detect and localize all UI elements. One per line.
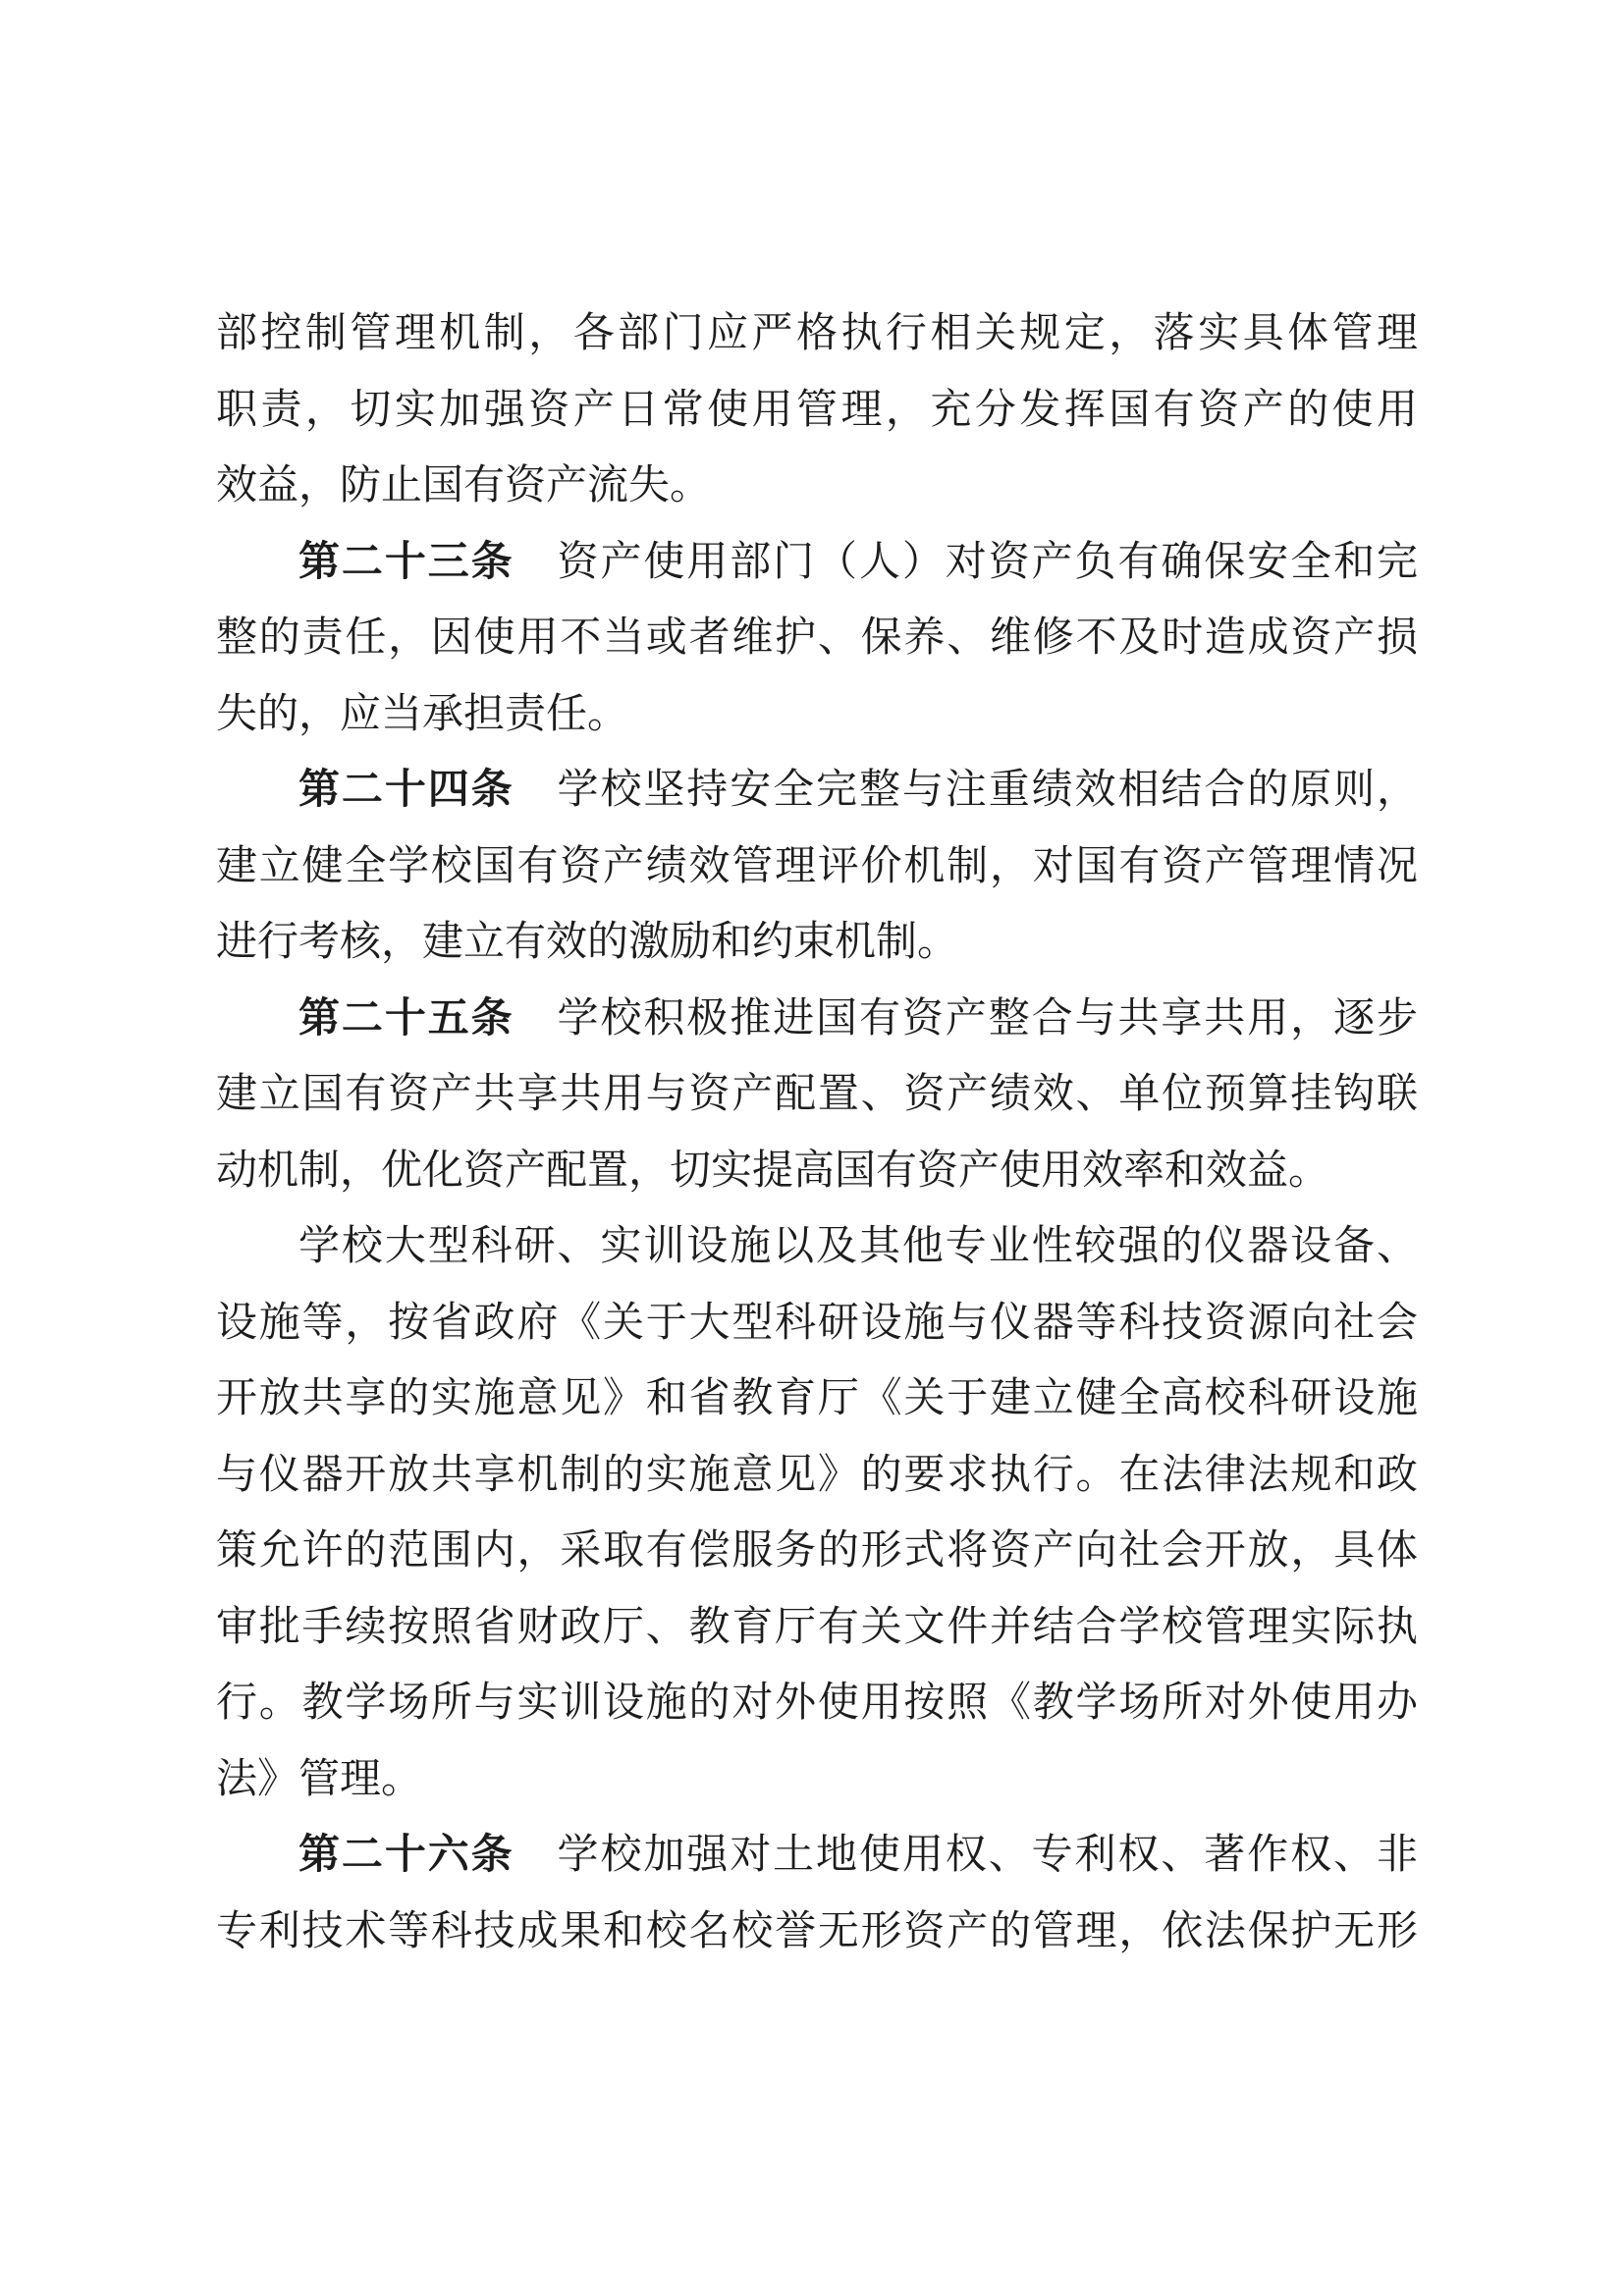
- text-line: 第二十五条 学校积极推进国有资产整合与共享共用，逐步: [216, 982, 1418, 1058]
- text-segment: 进行考核，建立有效的激励和约束机制。: [216, 920, 958, 965]
- text-line: 法》管理。: [216, 1742, 1418, 1819]
- article-number: 第二十五条: [298, 996, 514, 1041]
- text-line: 学校大型科研、实训设施以及其他专业性较强的仪器设备、: [216, 1209, 1418, 1286]
- text-line: 效益，防止国有资产流失。: [216, 449, 1418, 525]
- document-body: 部控制管理机制，各部门应严格执行相关规定，落实具体管理职责，切实加强资产日常使用…: [216, 296, 1418, 1970]
- article-number: 第二十四条: [298, 768, 514, 813]
- text-line: 第二十四条 学校坚持安全完整与注重绩效相结合的原则，: [216, 753, 1418, 829]
- text-segment: 失的，应当承担责任。: [216, 692, 628, 737]
- text-line: 设施等，按省政府《关于大型科研设施与仪器等科技资源向社会: [216, 1286, 1418, 1362]
- text-line: 第二十六条 学校加强对土地使用权、专利权、著作权、非: [216, 1818, 1418, 1895]
- text-line: 部控制管理机制，各部门应严格执行相关规定，落实具体管理: [216, 296, 1418, 373]
- text-line: 第二十三条 资产使用部门（人）对资产负有确保安全和完: [216, 525, 1418, 602]
- article-number: 第二十六条: [298, 1833, 514, 1878]
- text-line: 动机制，优化资产配置，切实提高国有资产使用效率和效益。: [216, 1134, 1418, 1210]
- text-line: 行。教学场所与实训设施的对外使用按照《教学场所对外使用办: [216, 1666, 1418, 1742]
- text-segment: 学校加强对土地使用权、专利权、著作权、非: [514, 1833, 1418, 1878]
- text-line: 审批手续按照省财政厅、教育厅有关文件并结合学校管理实际执: [216, 1590, 1418, 1667]
- text-line: 开放共享的实施意见》和省教育厅《关于建立健全高校科研设施: [216, 1362, 1418, 1438]
- text-segment: 资产使用部门（人）对资产负有确保安全和完: [514, 540, 1418, 585]
- text-segment: 专利技术等科技成果和校名校誉无形资产的管理，依法保护无形: [216, 1909, 1418, 1954]
- text-line: 策允许的范围内，采取有偿服务的形式将资产向社会开放，具体: [216, 1514, 1418, 1590]
- text-segment: 部控制管理机制，各部门应严格执行相关规定，落实具体管理: [216, 311, 1418, 356]
- text-segment: 学校坚持安全完整与注重绩效相结合的原则，: [514, 768, 1418, 813]
- text-segment: 整的责任，因使用不当或者维护、保养、维修不及时造成资产损: [216, 615, 1418, 661]
- text-segment: 建立健全学校国有资产绩效管理评价机制，对国有资产管理情况: [216, 844, 1418, 889]
- text-segment: 建立国有资产共享共用与资产配置、资产绩效、单位预算挂钩联: [216, 1072, 1418, 1117]
- text-segment: 动机制，优化资产配置，切实提高国有资产使用效率和效益。: [216, 1148, 1329, 1194]
- text-segment: 与仪器开放共享机制的实施意见》的要求执行。在法律法规和政: [216, 1453, 1418, 1498]
- text-segment: 学校大型科研、实训设施以及其他专业性较强的仪器设备、: [298, 1224, 1418, 1269]
- text-line: 失的，应当承担责任。: [216, 677, 1418, 754]
- text-segment: 行。教学场所与实训设施的对外使用按照《教学场所对外使用办: [216, 1681, 1418, 1726]
- text-segment: 效益，防止国有资产流失。: [216, 463, 711, 508]
- text-segment: 开放共享的实施意见》和省教育厅《关于建立健全高校科研设施: [216, 1376, 1418, 1421]
- text-segment: 设施等，按省政府《关于大型科研设施与仪器等科技资源向社会: [216, 1301, 1418, 1346]
- text-line: 职责，切实加强资产日常使用管理，充分发挥国有资产的使用: [216, 373, 1418, 450]
- text-line: 与仪器开放共享机制的实施意见》的要求执行。在法律法规和政: [216, 1438, 1418, 1515]
- document-page: 部控制管理机制，各部门应严格执行相关规定，落实具体管理职责，切实加强资产日常使用…: [0, 0, 1624, 2296]
- text-line: 建立国有资产共享共用与资产配置、资产绩效、单位预算挂钩联: [216, 1057, 1418, 1134]
- text-segment: 职责，切实加强资产日常使用管理，充分发挥国有资产的使用: [216, 388, 1418, 433]
- text-line: 建立健全学校国有资产绩效管理评价机制，对国有资产管理情况: [216, 829, 1418, 906]
- text-segment: 审批手续按照省财政厅、教育厅有关文件并结合学校管理实际执: [216, 1605, 1418, 1650]
- text-line: 整的责任，因使用不当或者维护、保养、维修不及时造成资产损: [216, 601, 1418, 677]
- text-line: 进行考核，建立有效的激励和约束机制。: [216, 905, 1418, 982]
- text-segment: 学校积极推进国有资产整合与共享共用，逐步: [514, 996, 1418, 1041]
- text-segment: 策允许的范围内，采取有偿服务的形式将资产向社会开放，具体: [216, 1528, 1418, 1574]
- text-line: 专利技术等科技成果和校名校誉无形资产的管理，依法保护无形: [216, 1895, 1418, 1971]
- text-segment: 法》管理。: [216, 1757, 422, 1802]
- article-number: 第二十三条: [298, 540, 514, 585]
